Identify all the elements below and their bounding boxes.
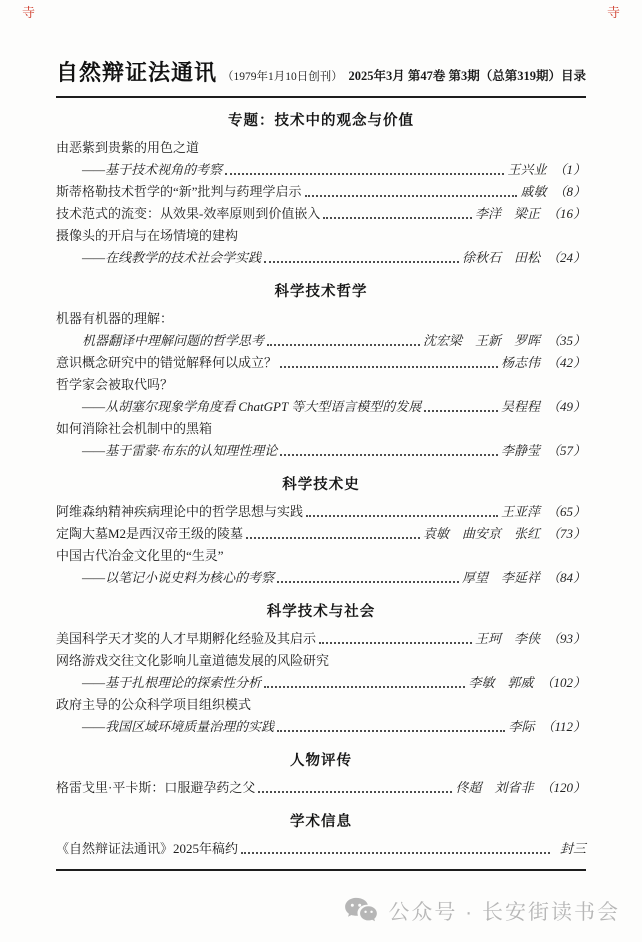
entry-title: 如何消除社会机制中的黑箱 <box>56 418 212 440</box>
dot-leader <box>258 791 452 793</box>
entry-subtitle: ——我国区域环境质量治理的实践 <box>56 716 274 738</box>
bottom-rule <box>56 869 586 871</box>
section-title: 科学技术史 <box>56 473 586 494</box>
dot-leader <box>264 261 459 263</box>
entry-subtitle: ——基于雷蒙·布东的认知理性理论 <box>56 440 277 462</box>
entry-title: 《自然辩证法通讯》2025年稿约 <box>56 838 238 860</box>
entry-title: 斯蒂格勒技术哲学的“新”批判与药理学启示 <box>56 181 302 203</box>
entry-authors: 王珂 李侠 <box>475 628 540 650</box>
entry-authors: 李静莹 <box>501 440 540 462</box>
toc-section: 科学技术与社会美国科学天才奖的人才早期孵化经验及其启示王珂 李侠（93）网络游戏… <box>56 600 586 738</box>
toc-entry-title-line: 机器有机器的理解： <box>56 308 586 330</box>
entry-title: 定陶大墓M2是西汉帝王级的陵墓 <box>56 523 243 545</box>
entry-title: 机器有机器的理解： <box>56 308 173 330</box>
toc-entry-line: 意识概念研究中的错觉解释何以成立？杨志伟（42） <box>56 352 586 374</box>
toc-entry-line: 格雷戈里·平卡斯：口服避孕药之父佟超 刘省非（120） <box>56 777 586 799</box>
toc-entry-line: 阿维森纳精神疾病理论中的哲学思想与实践王亚萍（65） <box>56 501 586 523</box>
entry-title: 技术范式的流变：从效果-效率原则到价值嵌入 <box>56 203 320 225</box>
dot-leader <box>306 515 498 517</box>
entry-authors: 戚敏 <box>520 181 546 203</box>
dot-leader <box>264 686 465 688</box>
dot-leader <box>277 730 505 732</box>
entry-title: 政府主导的公众科学项目组织模式 <box>56 694 251 716</box>
entry-page: （42） <box>547 352 586 374</box>
section-title: 人物评传 <box>56 749 586 770</box>
entry-title: 网络游戏交往文化影响儿童道德发展的风险研究 <box>56 650 329 672</box>
dot-leader <box>241 852 550 854</box>
wechat-icon <box>344 897 378 925</box>
dot-leader <box>305 195 518 197</box>
toc-section: 科学技术哲学机器有机器的理解：机器翻译中理解问题的哲学思考沈宏梁 王新 罗晖（3… <box>56 280 586 462</box>
entry-subtitle: ——在线教学的技术社会学实践 <box>56 247 261 269</box>
entry-authors: 李洋 梁正 <box>475 203 540 225</box>
toc-entry-title-line: 网络游戏交往文化影响儿童道德发展的风险研究 <box>56 650 586 672</box>
entry-title: 哲学家会被取代吗？ <box>56 374 173 396</box>
entry-subtitle: ——从胡塞尔现象学角度看 ChatGPT 等大型语言模型的发展 <box>56 396 421 418</box>
toc-entry-title-line: 哲学家会被取代吗？ <box>56 374 586 396</box>
entry-title: 格雷戈里·平卡斯：口服避孕药之父 <box>56 777 255 799</box>
entry-page: （16） <box>547 203 586 225</box>
entry-subtitle: ——以笔记小说史料为核心的考察 <box>56 567 274 589</box>
dot-leader <box>225 173 504 175</box>
journal-header: 自然辩证法通讯 （1979年1月10日创刊） 2025年3月 第47卷 第3期（… <box>56 56 586 98</box>
entry-authors: 袁敏 曲安京 张红 <box>423 523 540 545</box>
page-content: 自然辩证法通讯 （1979年1月10日创刊） 2025年3月 第47卷 第3期（… <box>56 56 586 871</box>
toc-entry-subtitle-line: ——基于雷蒙·布东的认知理性理论李静莹（57） <box>56 440 586 462</box>
toc-entry-subtitle-line: ——基于技术视角的考察王兴业（1） <box>56 159 586 181</box>
entry-authors: 佟超 刘省非 <box>455 777 533 799</box>
toc-entry-title-line: 中国古代冶金文化里的“生灵” <box>56 545 586 567</box>
entry-page: （24） <box>547 247 586 269</box>
toc-entry-subtitle-line: ——以笔记小说史料为核心的考察厚望 李延祥（84） <box>56 567 586 589</box>
toc-section: 科学技术史阿维森纳精神疾病理论中的哲学思想与实践王亚萍（65）定陶大墓M2是西汉… <box>56 473 586 589</box>
entry-page: （120） <box>540 777 586 799</box>
toc-entry-line: 斯蒂格勒技术哲学的“新”批判与药理学启示戚敏（8） <box>56 181 586 203</box>
entry-subtitle: 机器翻译中理解问题的哲学思考 <box>56 330 264 352</box>
toc-entry-subtitle-line: ——从胡塞尔现象学角度看 ChatGPT 等大型语言模型的发展吴程程（49） <box>56 396 586 418</box>
toc-sections: 专题：技术中的观念与价值由恶紫到贵紫的用色之道——基于技术视角的考察王兴业（1）… <box>56 109 586 860</box>
entry-authors: 厚望 李延祥 <box>462 567 540 589</box>
entry-title: 摄像头的开启与在场情境的建构 <box>56 225 238 247</box>
entry-page: （93） <box>547 628 586 650</box>
entry-page: （65） <box>547 501 586 523</box>
toc-entry-subtitle-line: ——基于扎根理论的探索性分析李敏 郭威（102） <box>56 672 586 694</box>
dot-leader <box>246 537 420 539</box>
entry-page: （112） <box>541 716 586 738</box>
entry-title: 由恶紫到贵紫的用色之道 <box>56 137 199 159</box>
journal-title: 自然辩证法通讯 <box>56 56 217 87</box>
entry-authors: 徐秋石 田松 <box>462 247 540 269</box>
toc-entry-title-line: 政府主导的公众科学项目组织模式 <box>56 694 586 716</box>
entry-page: （102） <box>540 672 586 694</box>
journal-toc-page: 寺 寺 自然辩证法通讯 （1979年1月10日创刊） 2025年3月 第47卷 … <box>0 0 642 942</box>
toc-entry-subtitle-line: ——在线教学的技术社会学实践徐秋石 田松（24） <box>56 247 586 269</box>
entry-page: （73） <box>547 523 586 545</box>
section-title: 专题：技术中的观念与价值 <box>56 109 586 130</box>
toc-section: 专题：技术中的观念与价值由恶紫到贵紫的用色之道——基于技术视角的考察王兴业（1）… <box>56 109 586 269</box>
red-corner-mark-left: 寺 <box>22 2 35 21</box>
entry-title: 阿维森纳精神疾病理论中的哲学思想与实践 <box>56 501 303 523</box>
toc-entry-line: 《自然辩证法通讯》2025年稿约封三 <box>56 838 586 860</box>
entry-page: （84） <box>547 567 586 589</box>
entry-page: （57） <box>547 440 586 462</box>
entry-authors: 王亚萍 <box>501 501 540 523</box>
toc-entry-subtitle-line: 机器翻译中理解问题的哲学思考沈宏梁 王新 罗晖（35） <box>56 330 586 352</box>
toc-entry-subtitle-line: ——我国区域环境质量治理的实践李际（112） <box>56 716 586 738</box>
entry-subtitle: ——基于扎根理论的探索性分析 <box>56 672 261 694</box>
section-title: 学术信息 <box>56 810 586 831</box>
entry-authors: 杨志伟 <box>501 352 540 374</box>
entry-page: （35） <box>547 330 586 352</box>
section-title: 科学技术哲学 <box>56 280 586 301</box>
dot-leader <box>323 217 472 219</box>
dot-leader <box>424 410 498 412</box>
dot-leader <box>277 581 459 583</box>
founding-note: （1979年1月10日创刊） <box>222 68 343 84</box>
toc-entry-title-line: 摄像头的开启与在场情境的建构 <box>56 225 586 247</box>
entry-authors: 李敏 郭威 <box>468 672 533 694</box>
entry-title: 意识概念研究中的错觉解释何以成立？ <box>56 352 277 374</box>
toc-entry-title-line: 如何消除社会机制中的黑箱 <box>56 418 586 440</box>
issue-info: 2025年3月 第47卷 第3期（总第319期）目录 <box>348 66 586 84</box>
toc-entry-line: 技术范式的流变：从效果-效率原则到价值嵌入李洋 梁正（16） <box>56 203 586 225</box>
entry-authors: 王兴业 <box>507 159 546 181</box>
entry-authors: 李际 <box>508 716 534 738</box>
toc-entry-line: 定陶大墓M2是西汉帝王级的陵墓袁敏 曲安京 张红（73） <box>56 523 586 545</box>
footer-watermark-label: 公众号 · 长安街读书会 <box>388 896 620 926</box>
entry-authors: 沈宏梁 王新 罗晖 <box>423 330 540 352</box>
toc-section: 人物评传格雷戈里·平卡斯：口服避孕药之父佟超 刘省非（120） <box>56 749 586 799</box>
section-title: 科学技术与社会 <box>56 600 586 621</box>
dot-leader <box>267 344 420 346</box>
toc-entry-title-line: 由恶紫到贵紫的用色之道 <box>56 137 586 159</box>
footer-watermark: 公众号 · 长安街读书会 <box>344 896 620 926</box>
entry-page: （1） <box>553 159 586 181</box>
entry-page: （49） <box>547 396 586 418</box>
toc-entry-line: 美国科学天才奖的人才早期孵化经验及其启示王珂 李侠（93） <box>56 628 586 650</box>
entry-subtitle: ——基于技术视角的考察 <box>56 159 222 181</box>
entry-title: 美国科学天才奖的人才早期孵化经验及其启示 <box>56 628 316 650</box>
entry-title: 中国古代冶金文化里的“生灵” <box>56 545 224 567</box>
dot-leader <box>280 366 498 368</box>
entry-page: （8） <box>553 181 586 203</box>
entry-page: 封三 <box>560 838 586 860</box>
dot-leader <box>319 642 472 644</box>
red-corner-mark-right: 寺 <box>607 2 620 21</box>
toc-section: 学术信息《自然辩证法通讯》2025年稿约封三 <box>56 810 586 860</box>
dot-leader <box>280 454 498 456</box>
entry-authors: 吴程程 <box>501 396 540 418</box>
